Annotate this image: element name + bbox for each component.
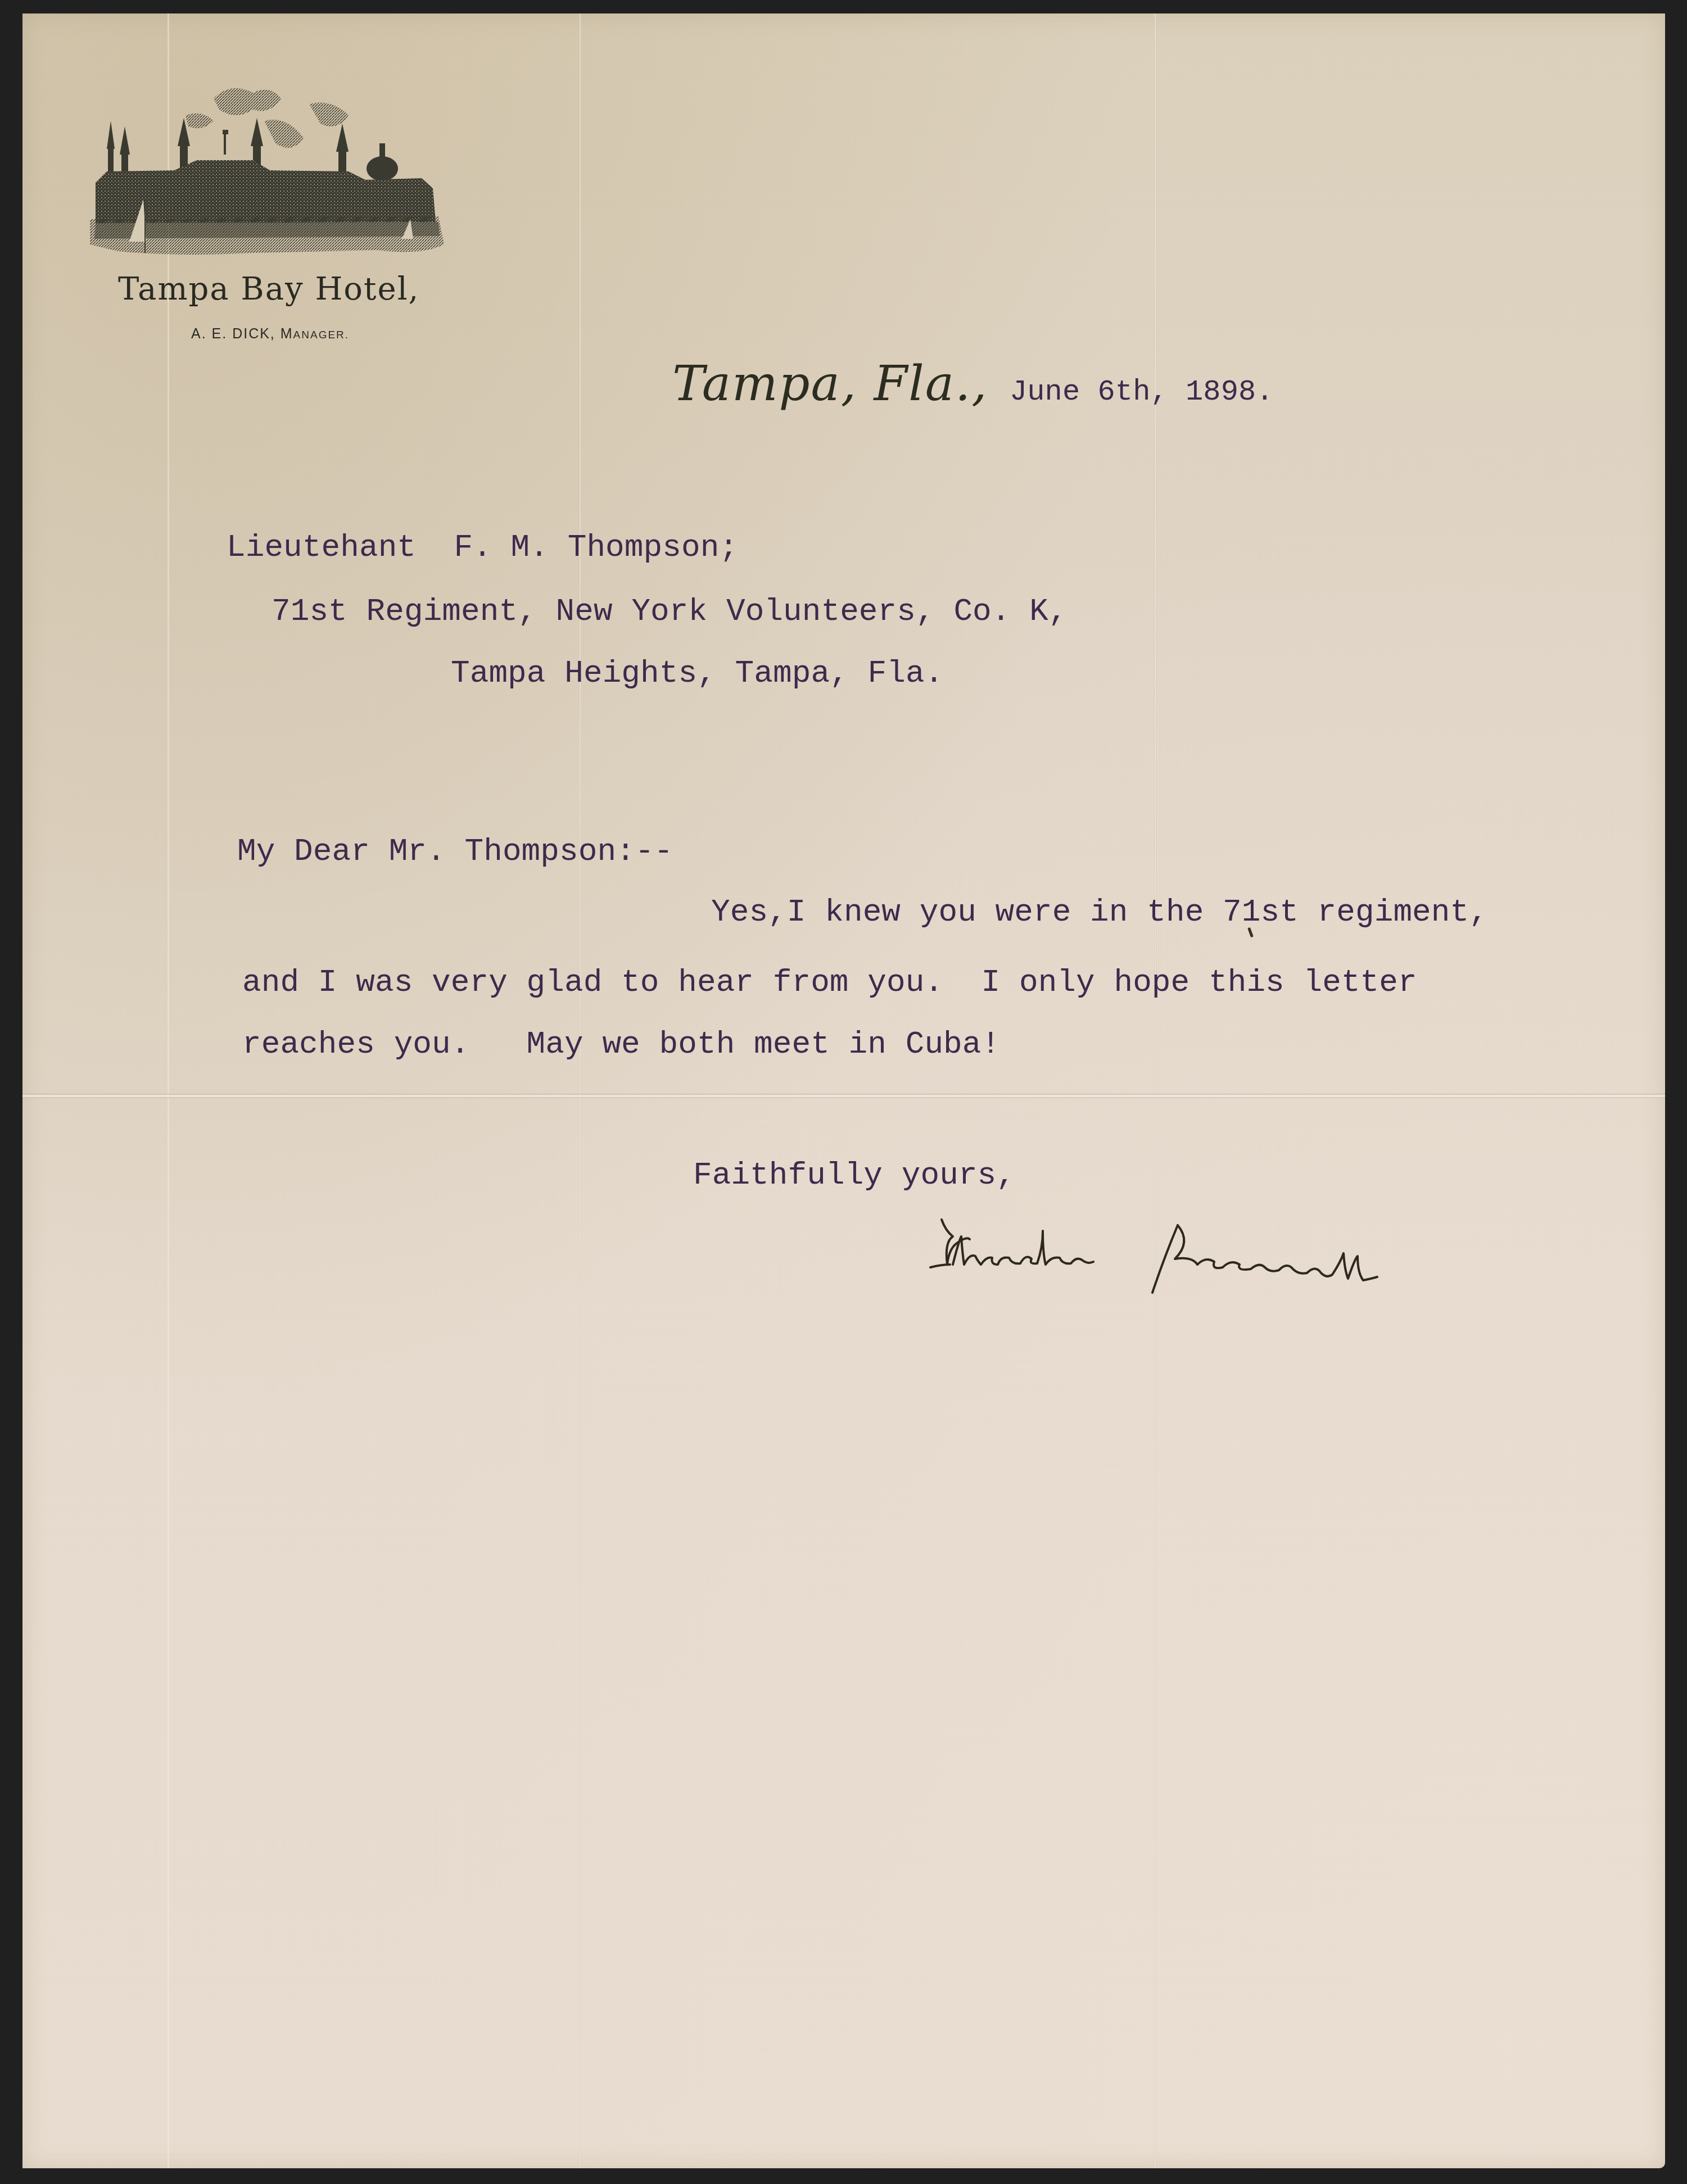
body-line: Yes,I knew you were in the 71st regiment… xyxy=(711,896,1488,928)
hotel-name: Tampa Bay Hotel, xyxy=(118,271,419,307)
recipient-unit: 71st Regiment, New York Volunteers, Co. … xyxy=(272,596,1068,627)
fold-crease-left xyxy=(168,13,169,2168)
recipient-name: Lieutehant F. M. Thompson; xyxy=(227,532,738,563)
fold-crease-vertical-2 xyxy=(1154,13,1156,2168)
fold-crease-vertical-1 xyxy=(579,13,581,2168)
body-line: and I was very glad to hear from you. I … xyxy=(242,967,1417,998)
manager-line: A. E. DICK, MANAGER. xyxy=(191,326,349,342)
recipient-location: Tampa Heights, Tampa, Fla. xyxy=(451,658,943,689)
closing: Faithfully yours, xyxy=(693,1159,1015,1191)
salutation: My Dear Mr. Thompson:-- xyxy=(237,836,673,867)
dateline-date: June 6th, 1898. xyxy=(1010,378,1274,407)
manager-title-initial: M xyxy=(281,326,293,342)
signature-text: Theodore Roosevelt xyxy=(930,1217,1474,1280)
manager-name: A. E. DICK, xyxy=(191,326,281,342)
fold-crease-horizontal xyxy=(22,1094,1665,1098)
hotel-engraving-icon xyxy=(84,76,485,257)
manager-title-rest: ANAGER. xyxy=(293,329,350,341)
dateline-place: Tampa, Fla., xyxy=(672,360,988,408)
body-line: reaches you. May we both meet in Cuba! xyxy=(242,1028,1000,1060)
